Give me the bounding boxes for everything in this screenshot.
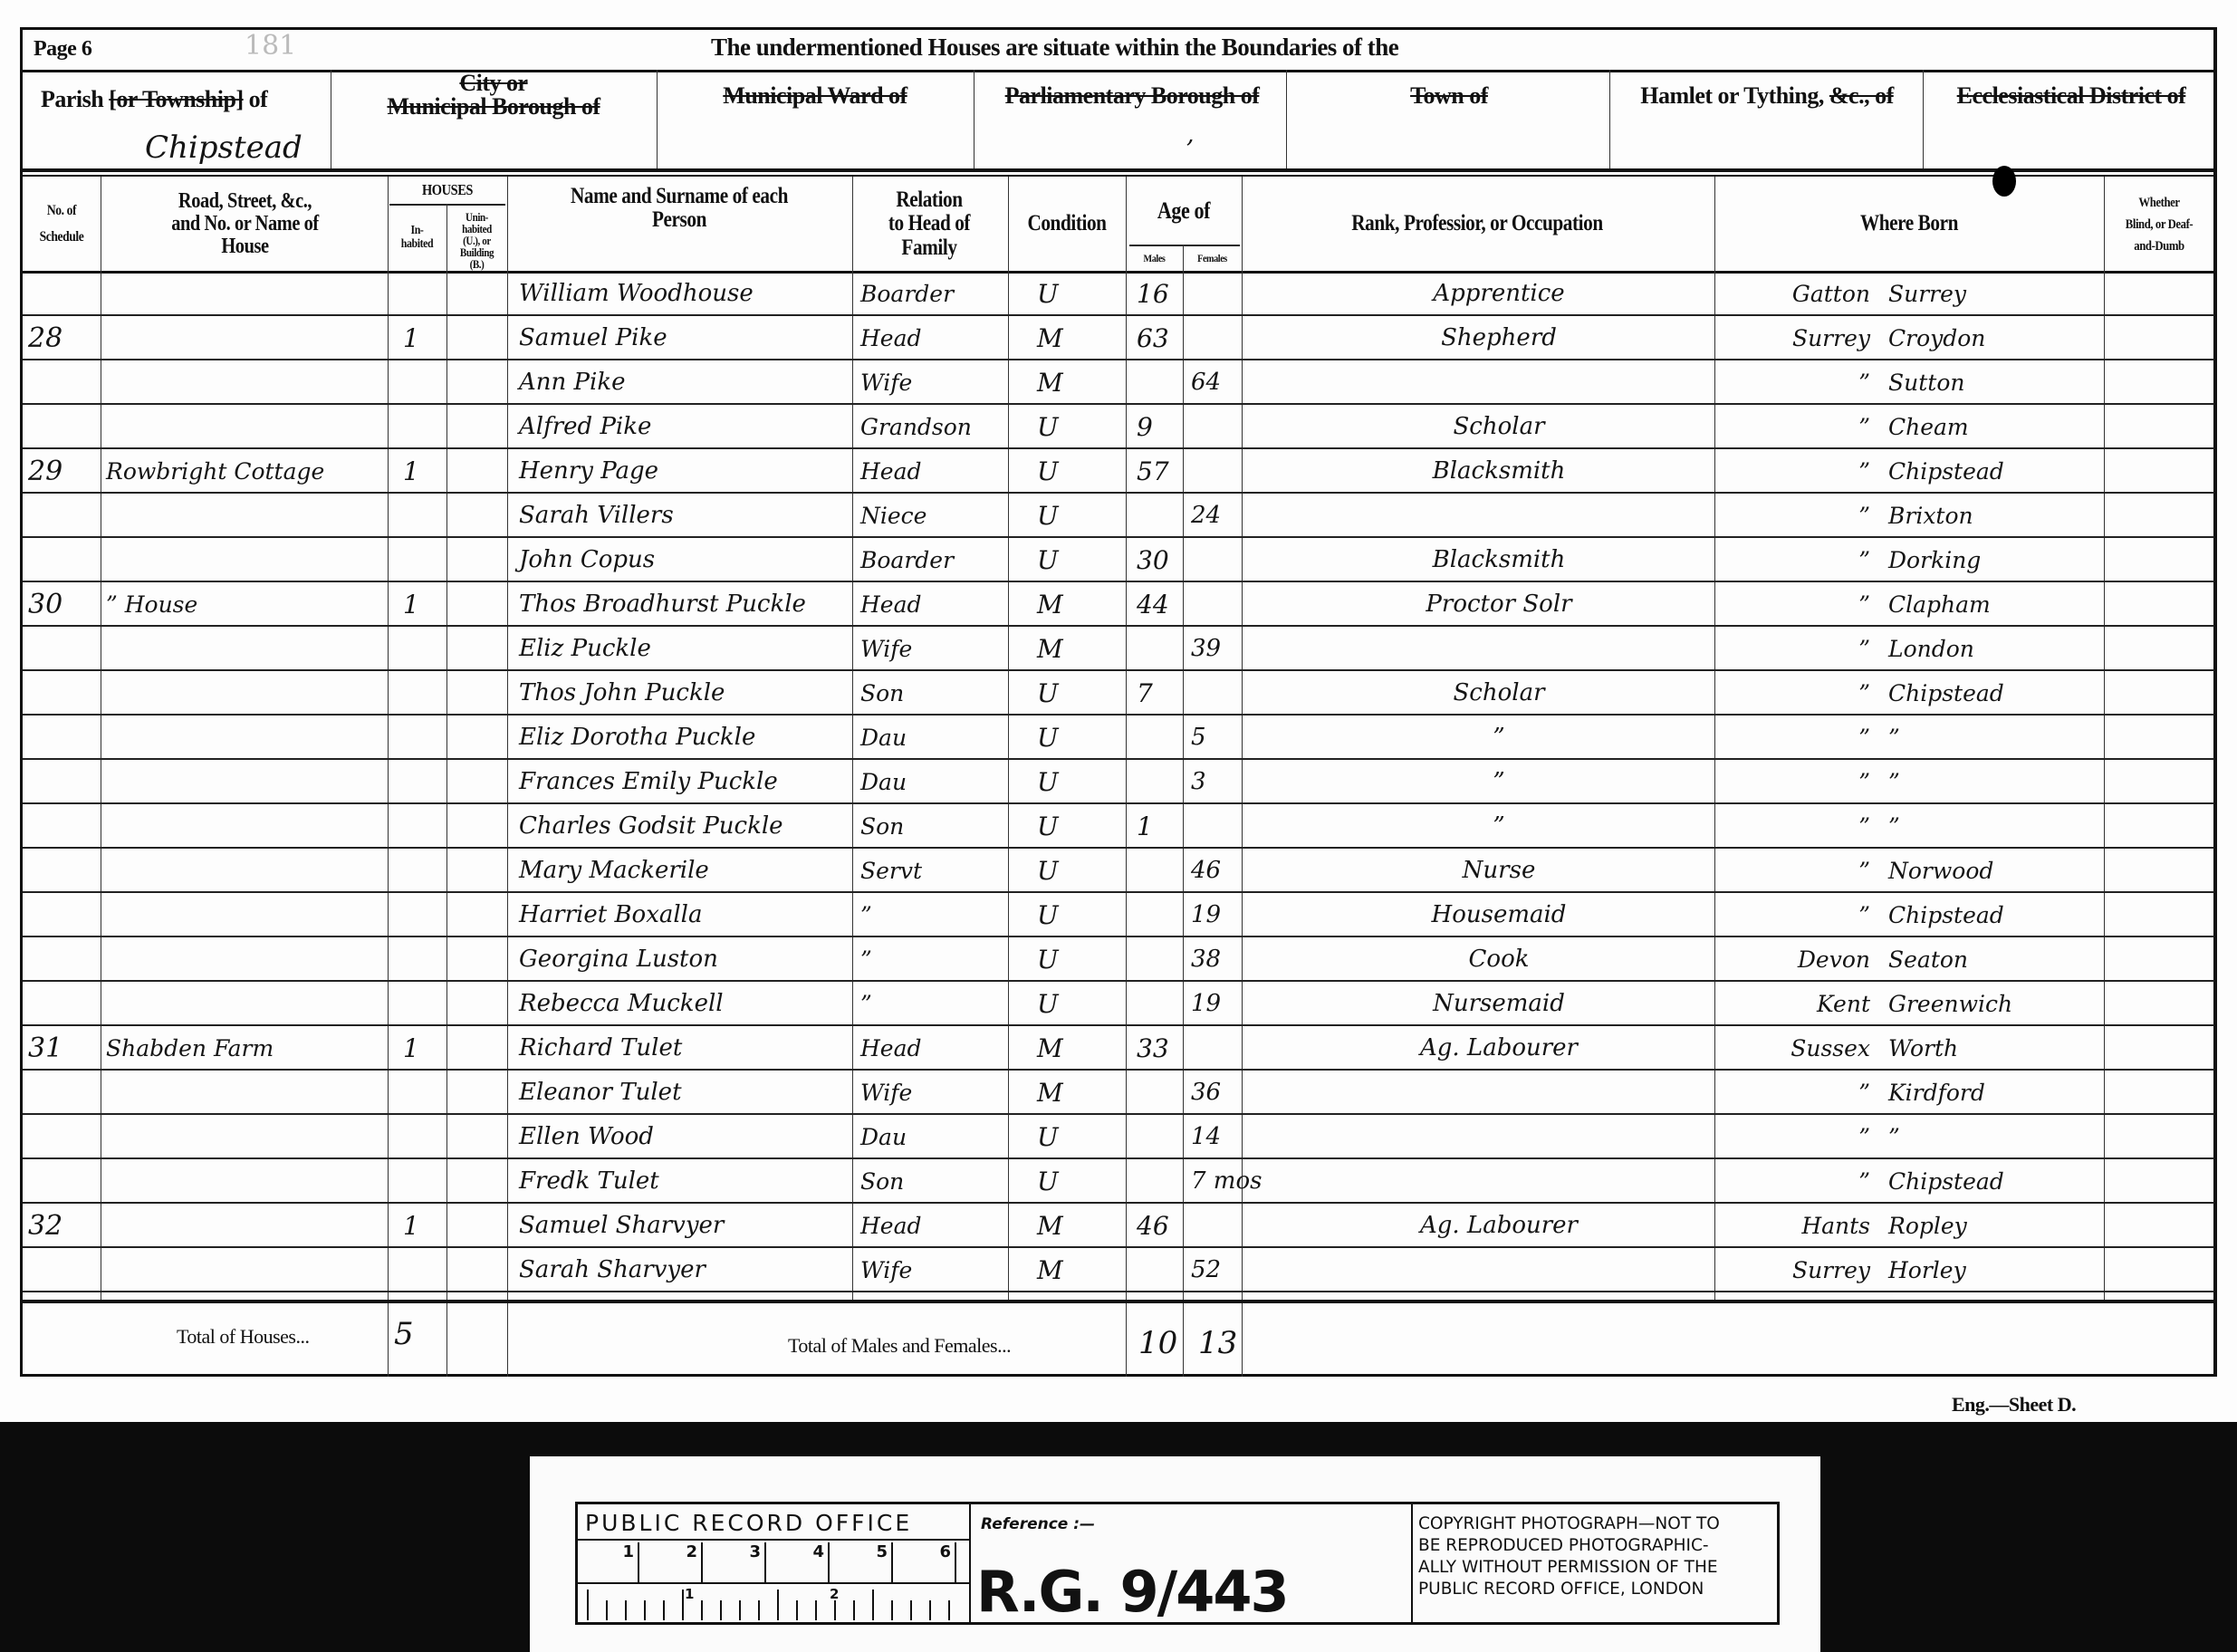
col-header-schedule: No. ofSchedule (28, 177, 94, 272)
birth-county: ” (1734, 805, 1870, 847)
census-row: Harriet Boxalla”U19Housemaid”Chipstead (23, 894, 2214, 936)
ruler-tick (891, 1600, 893, 1620)
age-male: 46 (1137, 1205, 1182, 1246)
house-name (106, 361, 382, 403)
total-males-value: 10 (1138, 1325, 1177, 1361)
house-name (106, 1205, 382, 1246)
ruler-mark-top: 4 (775, 1542, 830, 1582)
person-name: Eliz Puckle (519, 628, 845, 669)
birth-county: ” (1734, 406, 1870, 447)
age-male: 9 (1137, 406, 1182, 447)
row-rule (23, 1024, 2214, 1026)
person-name: John Copus (519, 539, 845, 581)
marital-condition: M (1037, 628, 1118, 669)
age-female: 24 (1191, 495, 1241, 536)
row-rule (23, 802, 2214, 804)
age-female: 52 (1191, 1249, 1241, 1291)
age-male: 1 (1137, 805, 1182, 847)
parish-value: Chipstead (145, 130, 302, 166)
occupation: Scholar (1291, 672, 1707, 714)
census-row: John CopusBoarderU30Blacksmith”Dorking (23, 539, 2214, 581)
ruler-tick (834, 1600, 836, 1620)
census-sheet: Page 6 181 The undermentioned Houses are… (20, 27, 2217, 1377)
birth-county: Sussex (1734, 1027, 1870, 1069)
person-name: Eleanor Tulet (519, 1071, 845, 1113)
schedule-number (28, 850, 99, 891)
age-male (1137, 850, 1182, 891)
marital-condition: M (1037, 361, 1118, 403)
house-name (106, 938, 382, 980)
ruler-mark-top: 5 (839, 1542, 893, 1582)
ruler-tick (815, 1600, 817, 1620)
age-female: 19 (1191, 983, 1241, 1024)
birth-place: Dorking (1888, 539, 2101, 581)
birth-place: Croydon (1888, 317, 2101, 359)
occupation: Cook (1291, 938, 1707, 980)
col-header-houses: HOUSES (397, 177, 498, 204)
house-name (106, 1160, 382, 1202)
birth-place: London (1888, 628, 2101, 669)
inhabited-count: 1 (403, 450, 439, 492)
town-label: Town of (1291, 82, 1608, 110)
age-male: 44 (1137, 583, 1182, 625)
age-male (1137, 1249, 1182, 1291)
schedule-number (28, 1249, 99, 1291)
row-rule (23, 980, 2214, 982)
marital-condition: U (1037, 983, 1118, 1024)
census-row: Mary MackerileServtU46Nurse”Norwood (23, 850, 2214, 891)
age-male (1137, 1071, 1182, 1113)
birth-county: ” (1734, 850, 1870, 891)
birth-place: Chipstead (1888, 1160, 2101, 1202)
house-name (106, 983, 382, 1024)
schedule-number (28, 1116, 99, 1157)
marital-condition: U (1037, 1160, 1118, 1202)
inhabited-count (403, 894, 439, 936)
row-rule (23, 403, 2214, 405)
house-name: Rowbright Cottage (106, 450, 382, 492)
relation-to-head: Wife (860, 361, 1005, 403)
schedule-number (28, 805, 99, 847)
row-rule (23, 314, 2214, 316)
birth-place: Greenwich (1888, 983, 2101, 1024)
person-name: Charles Godsit Puckle (519, 805, 845, 847)
marital-condition: U (1037, 894, 1118, 936)
ruler-tick (720, 1600, 722, 1620)
ruler-tick (796, 1600, 798, 1620)
inhabited-count: 1 (403, 317, 439, 359)
occupation: ” (1291, 761, 1707, 802)
house-name (106, 406, 382, 447)
birth-county: ” (1734, 628, 1870, 669)
person-name: Samuel Sharvyer (519, 1205, 845, 1246)
age-male (1137, 894, 1182, 936)
occupation: Housemaid (1291, 894, 1707, 936)
col-header-where-born: Where Born (1743, 177, 2075, 272)
relation-to-head: Grandson (860, 406, 1005, 447)
census-row: Frances Emily PuckleDauU3””” (23, 761, 2214, 802)
relation-to-head: Wife (860, 1071, 1005, 1113)
census-row: William WoodhouseBoarderU16ApprenticeGat… (23, 273, 2214, 314)
marital-condition: M (1037, 583, 1118, 625)
age-female: 46 (1191, 850, 1241, 891)
birth-county: Surrey (1734, 317, 1870, 359)
census-row: 31Shabden Farm1Richard TuletHeadM33Ag. L… (23, 1027, 2214, 1069)
census-row: 30” House1Thos Broadhurst PuckleHeadM44P… (23, 583, 2214, 625)
relation-to-head: Boarder (860, 273, 1005, 314)
birth-place: ” (1888, 761, 2101, 802)
col-header-name: Name and Surname of eachPerson (533, 177, 826, 240)
inhabited-count (403, 983, 439, 1024)
birth-county: ” (1734, 583, 1870, 625)
census-row: Charles Godsit PuckleSonU1””” (23, 805, 2214, 847)
age-female (1191, 317, 1241, 359)
ruler-tick (929, 1600, 931, 1620)
inhabited-count (403, 1071, 439, 1113)
schedule-number (28, 628, 99, 669)
inhabited-count (403, 716, 439, 758)
row-rule (23, 758, 2214, 760)
row-rule (23, 625, 2214, 627)
relation-to-head: Wife (860, 628, 1005, 669)
age-male: 63 (1137, 317, 1182, 359)
col-header-inhabited: In-habited (392, 206, 442, 270)
birth-place: Brixton (1888, 495, 2101, 536)
age-male (1137, 938, 1182, 980)
marital-condition: U (1037, 450, 1118, 492)
occupation: ” (1291, 716, 1707, 758)
ruler-mark-top: 1 (585, 1542, 639, 1582)
person-name: Frances Emily Puckle (519, 761, 845, 802)
ruler-tick (758, 1600, 760, 1620)
municipal-ward-label: Municipal Ward of (661, 82, 969, 110)
reference-label: Reference :— (981, 1515, 1095, 1533)
person-name: Mary Mackerile (519, 850, 845, 891)
person-name: Samuel Pike (519, 317, 845, 359)
census-row: 29Rowbright Cottage1Henry PageHeadU57Bla… (23, 450, 2214, 492)
person-name: Harriet Boxalla (519, 894, 845, 936)
total-houses-value: 5 (394, 1316, 414, 1352)
birth-county: Gatton (1734, 273, 1870, 314)
birth-place: Horley (1888, 1249, 2101, 1291)
age-female (1191, 406, 1241, 447)
total-houses-label: Total of Houses... (177, 1325, 310, 1349)
age-female: 39 (1191, 628, 1241, 669)
ruler-mark-top: 6 (902, 1542, 956, 1582)
ruler-tick (625, 1600, 627, 1620)
occupation: Ag. Labourer (1291, 1205, 1707, 1246)
schedule-number (28, 1071, 99, 1113)
relation-to-head: Head (860, 450, 1005, 492)
person-name: Eliz Dorotha Puckle (519, 716, 845, 758)
person-name: Thos Broadhurst Puckle (519, 583, 845, 625)
age-male (1137, 716, 1182, 758)
occupation: Ag. Labourer (1291, 1027, 1707, 1069)
birth-county: Surrey (1734, 1249, 1870, 1291)
parliamentary-borough-label: Parliamentary Borough of (978, 82, 1286, 110)
age-female (1191, 583, 1241, 625)
age-male (1137, 983, 1182, 1024)
schedule-number (28, 273, 99, 314)
person-name: Sarah Villers (519, 495, 845, 536)
birth-place: Chipstead (1888, 450, 2101, 492)
ruler-mark-top: 2 (648, 1542, 703, 1582)
ruler-mark-bottom: 1 (685, 1586, 694, 1602)
occupation: ” (1291, 805, 1707, 847)
census-row: Eliz Dorotha PuckleDauU5””” (23, 716, 2214, 758)
occupation (1291, 628, 1707, 669)
marital-condition: M (1037, 1027, 1118, 1069)
marital-condition: M (1037, 317, 1118, 359)
col-header-uninhabited: Unin-habited(U.), orBuilding(B.) (451, 206, 503, 274)
schedule-number (28, 672, 99, 714)
birth-place: Worth (1888, 1027, 2101, 1069)
inhabited-count (403, 850, 439, 891)
birth-county: ” (1734, 1116, 1870, 1157)
marital-condition: U (1037, 495, 1118, 536)
birth-place: Seaton (1888, 938, 2101, 980)
age-male: 57 (1137, 450, 1182, 492)
census-row: Thos John PuckleSonU7Scholar”Chipstead (23, 672, 2214, 714)
birth-place: ” (1888, 805, 2101, 847)
birth-place: Ropley (1888, 1205, 2101, 1246)
inhabited-count: 1 (403, 583, 439, 625)
ecclesiastical-district-label: Ecclesiastical District of (1926, 82, 2216, 110)
person-name: Fredk Tulet (519, 1160, 845, 1202)
birth-county: ” (1734, 495, 1870, 536)
marital-condition: M (1037, 1249, 1118, 1291)
schedule-number: 29 (28, 450, 99, 492)
marital-condition: U (1037, 672, 1118, 714)
inhabited-count (403, 628, 439, 669)
total-females-value: 13 (1198, 1325, 1237, 1361)
relation-to-head: ” (860, 894, 1005, 936)
birth-county: ” (1734, 894, 1870, 936)
total-persons-label: Total of Males and Females... (788, 1334, 1011, 1358)
schedule-number (28, 495, 99, 536)
schedule-number: 32 (28, 1205, 99, 1246)
occupation: Nursemaid (1291, 983, 1707, 1024)
row-rule (23, 1069, 2214, 1071)
document-title: The undermentioned Houses are situate wi… (711, 34, 1798, 62)
hamlet-label: Hamlet or Tything, &c., of (1613, 82, 1921, 110)
birth-place: Kirdford (1888, 1071, 2101, 1113)
pencil-folio-mark: 181 (245, 30, 296, 62)
person-name: Sarah Sharvyer (519, 1249, 845, 1291)
row-rule (23, 492, 2214, 494)
ruler-tick (606, 1600, 608, 1620)
birth-place: ” (1888, 716, 2101, 758)
schedule-number (28, 361, 99, 403)
occupation (1291, 495, 1707, 536)
birth-place: Chipstead (1888, 672, 2101, 714)
sheet-code: Eng.—Sheet D. (1952, 1393, 2076, 1417)
marital-condition: U (1037, 539, 1118, 581)
census-row: Georgina Luston”U38CookDevonSeaton (23, 938, 2214, 980)
age-female (1191, 273, 1241, 314)
relation-to-head: Niece (860, 495, 1005, 536)
row-rule (23, 891, 2214, 893)
schedule-number (28, 716, 99, 758)
inhabited-count (403, 805, 439, 847)
copyright-notice: COPYRIGHT PHOTOGRAPH—NOT TO BE REPRODUCE… (1418, 1513, 1776, 1600)
col-header-age: Age of (1135, 184, 1234, 238)
person-name: Rebecca Muckell (519, 983, 845, 1024)
census-row: 321Samuel SharvyerHeadM46Ag. LabourerHan… (23, 1205, 2214, 1246)
inhabited-count (403, 361, 439, 403)
birth-place: Norwood (1888, 850, 2101, 891)
census-row: Ellen WoodDauU14”” (23, 1116, 2214, 1157)
age-female: 38 (1191, 938, 1241, 980)
ruler-mark-top: 3 (712, 1542, 766, 1582)
col-header-relation: Relationto Head ofFamily (864, 177, 995, 272)
age-female (1191, 805, 1241, 847)
occupation (1291, 1071, 1707, 1113)
occupation: Blacksmith (1291, 539, 1707, 581)
age-female: 19 (1191, 894, 1241, 936)
birth-county: ” (1734, 716, 1870, 758)
schedule-number (28, 983, 99, 1024)
page-label: Page 6 (34, 37, 91, 62)
birth-county: ” (1734, 1160, 1870, 1202)
relation-to-head: Boarder (860, 539, 1005, 581)
census-rows: William WoodhouseBoarderU16ApprenticeGat… (23, 273, 2214, 1296)
age-female: 64 (1191, 361, 1241, 403)
census-row: Sarah VillersNieceU24”Brixton (23, 495, 2214, 536)
inhabited-count (403, 539, 439, 581)
age-female: 5 (1191, 716, 1241, 758)
birth-county: Kent (1734, 983, 1870, 1024)
ruler-tick (777, 1590, 779, 1620)
marital-condition: U (1037, 938, 1118, 980)
birth-place: Surrey (1888, 273, 2101, 314)
census-row: Rebecca Muckell”U19NursemaidKentGreenwic… (23, 983, 2214, 1024)
relation-to-head: ” (860, 938, 1005, 980)
relation-to-head: Wife (860, 1249, 1005, 1291)
age-male: 16 (1137, 273, 1182, 314)
marital-condition: U (1037, 406, 1118, 447)
inhabited-count (403, 406, 439, 447)
age-female: 36 (1191, 1071, 1241, 1113)
inhabited-count: 1 (403, 1027, 439, 1069)
census-row: 281Samuel PikeHeadM63ShepherdSurreyCroyd… (23, 317, 2214, 359)
parliamentary-borough-value: , (1186, 120, 1195, 149)
ruler-tick (682, 1590, 684, 1620)
row-rule (23, 359, 2214, 360)
marital-condition: U (1037, 850, 1118, 891)
person-name: Ann Pike (519, 361, 845, 403)
occupation: Scholar (1291, 406, 1707, 447)
birth-county: ” (1734, 761, 1870, 802)
person-name: Georgina Luston (519, 938, 845, 980)
house-name (106, 761, 382, 802)
age-female (1191, 672, 1241, 714)
census-row: Sarah SharvyerWifeM52SurreyHorley (23, 1249, 2214, 1291)
marital-condition: U (1037, 273, 1118, 314)
age-female (1191, 1027, 1241, 1069)
schedule-number: 28 (28, 317, 99, 359)
house-name (106, 1071, 382, 1113)
age-male: 33 (1137, 1027, 1182, 1069)
row-rule (23, 669, 2214, 671)
col-header-females: Females (1187, 247, 1237, 270)
census-row: Fredk TuletSonU7 mos”Chipstead (23, 1160, 2214, 1202)
birth-county: ” (1734, 672, 1870, 714)
age-female (1191, 539, 1241, 581)
marital-condition: U (1037, 805, 1118, 847)
ruler-tick (644, 1600, 646, 1620)
ruler-mark-bottom: 2 (830, 1586, 839, 1602)
birth-place: Sutton (1888, 361, 2101, 403)
age-male (1137, 1116, 1182, 1157)
house-name (106, 495, 382, 536)
col-header-occupation: Rank, Professior, or Occupation (1277, 177, 1677, 272)
house-name (106, 628, 382, 669)
relation-to-head: ” (860, 983, 1005, 1024)
inhabited-count: 1 (403, 1205, 439, 1246)
inhabited-count (403, 1249, 439, 1291)
age-female: 3 (1191, 761, 1241, 802)
age-female: 7 mos (1191, 1160, 1241, 1202)
age-male: 30 (1137, 539, 1182, 581)
inhabited-count (403, 273, 439, 314)
row-rule (23, 536, 2214, 538)
relation-to-head: Head (860, 317, 1005, 359)
parish-label: Parish [or Township] of (41, 86, 267, 113)
col-header-road: Road, Street, &c.,and No. or Name ofHous… (124, 177, 367, 272)
marital-condition: M (1037, 1071, 1118, 1113)
age-male (1137, 495, 1182, 536)
row-rule (23, 847, 2214, 849)
relation-to-head: Son (860, 1160, 1005, 1202)
schedule-number (28, 1160, 99, 1202)
occupation: Shepherd (1291, 317, 1707, 359)
age-male: 7 (1137, 672, 1182, 714)
occupation: Proctor Solr (1291, 583, 1707, 625)
house-name (106, 1116, 382, 1157)
birth-county: ” (1734, 361, 1870, 403)
schedule-number (28, 539, 99, 581)
row-rule (23, 1157, 2214, 1159)
occupation (1291, 1116, 1707, 1157)
inhabited-count (403, 495, 439, 536)
house-name (106, 894, 382, 936)
reference-value: R.G. 9/443 (976, 1559, 1288, 1625)
house-name (106, 672, 382, 714)
col-header-blind-deaf: WhetherBlind, or Deaf-and-Dumb (2112, 177, 2206, 272)
birth-place: Clapham (1888, 583, 2101, 625)
house-name (106, 1249, 382, 1291)
marital-condition: U (1037, 1116, 1118, 1157)
ruler-tick (663, 1600, 665, 1620)
relation-to-head: Dau (860, 761, 1005, 802)
ruler-tick (853, 1600, 855, 1620)
row-rule (23, 581, 2214, 582)
relation-to-head: Dau (860, 716, 1005, 758)
city-borough-label: City or Municipal Borough of (335, 72, 652, 119)
relation-to-head: Son (860, 805, 1005, 847)
occupation (1291, 1160, 1707, 1202)
house-name: Shabden Farm (106, 1027, 382, 1069)
person-name: Ellen Wood (519, 1116, 845, 1157)
house-name (106, 805, 382, 847)
row-rule (23, 1246, 2214, 1248)
ruler-tick (948, 1600, 950, 1620)
occupation: Apprentice (1291, 273, 1707, 314)
house-name: ” House (106, 583, 382, 625)
birth-place: Cheam (1888, 406, 2101, 447)
relation-to-head: Head (860, 1205, 1005, 1246)
